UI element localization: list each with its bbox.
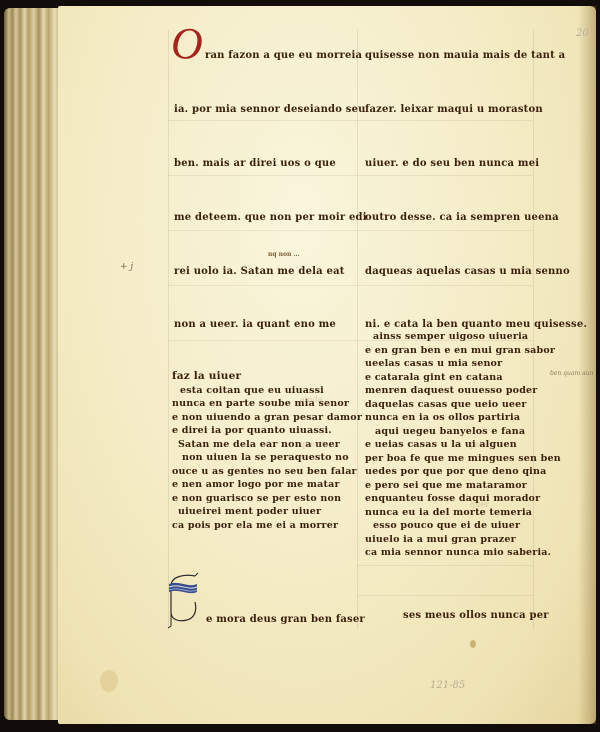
stain [470,640,476,648]
verse-line: uiuelo ia a mui gran prazer [365,533,561,547]
verse-line: enquanteu fosse daqui morador [365,492,561,506]
text-line-final-right: ses meus ollos nunca per [403,610,549,621]
text-line-right-4: outro desse. ca ia sempren ueena [365,212,559,223]
stain [100,670,118,692]
verse-line: ainss semper uigoso uiueria [365,330,561,344]
verse-line: e non uiuendo a gran pesar damor [172,411,362,425]
ruling-line [168,120,533,121]
verse-line: per boa fe que me mingues sen ben [365,452,561,466]
verse-block-right: ainss semper uigoso uiueria e en gran be… [365,330,561,560]
text-line-left-1: ran fazon a que eu morreia [205,50,362,61]
verse-line: e direi ia por quanto uiuassi. [172,424,362,438]
page-edge-shadow [578,6,596,724]
ruling-line [168,230,533,231]
verse-block-left: faz la uiuer esta coitan que eu uiuassi … [172,370,362,532]
verse-line: esso pouco que ei de uiuer [365,519,561,533]
text-line-right-2: fazer. leixar maqui u moraston [365,104,543,115]
text-line-right-1: quisesse non mauia mais de tant a [365,50,565,61]
text-line-final-left: e mora deus gran ben faser [206,614,365,625]
text-line-left-6: non a ueer. ia quant eno me [174,319,336,330]
verse-line: non uiuen la se peraquesto no [172,451,362,465]
ruling-line [168,175,533,176]
verse-line: aqui uegeu banyelos e fana [365,425,561,439]
shelfmark: 121-85 [430,680,465,691]
verse-line: daquelas casas que ueio ueer [365,398,561,412]
decorated-initial-o: O [171,22,203,66]
verse-line: ouce u as gentes no seu ben falar [172,465,362,479]
decorated-initial-s [165,572,201,630]
verse-line: esta coitan que eu uiuassi [172,384,362,398]
text-line-right-6: ni. e cata la ben quanto meu quisesse. [365,319,587,330]
book-page-edges [4,8,64,720]
text-line-left-5: rei uolo ia. Satan me dela eat [174,266,345,277]
verse-line: nunca eu ia del morte temeria [365,506,561,520]
margin-note-left: + j [120,262,133,272]
interlinear-note: nq non ... [268,251,300,258]
verse-line: e en gran ben e en mui gran sabor [365,344,561,358]
verse-line: uiueirei ment poder uiuer [172,505,362,519]
text-line-left-4: me deteem. que non per moir edi [174,212,367,223]
verse-line: ca pois por ela me ei a morrer [172,519,362,533]
bleed-through-text: querra [300,440,327,449]
verse-line: menren daquest ouuesso poder [365,384,561,398]
text-line-left-3: ben. mais ar direi uos o que [174,158,336,169]
bleed-through-text: ainda [300,395,322,404]
verse-line: e ueias casas u la ui alguen [365,438,561,452]
verse-line: e non guarisco se per esto non [172,492,362,506]
ruling-line [168,285,533,286]
verse-line: nunca en parte soube mia senor [172,397,362,411]
ruling-line [357,565,533,566]
verse-line: e nen amor logo por me matar [172,478,362,492]
margin-note-right: ben quam aun [550,370,593,377]
verse-line: uedes por que por que deno qina [365,465,561,479]
text-line-right-3: uiuer. e do seu ben nunca mei [365,158,539,169]
verse-line: Satan me dela ear non a ueer [172,438,362,452]
verse-line: e pero sei que me mataramor [365,479,561,493]
ruling-line [357,595,533,596]
folio-number: 20 [576,28,589,39]
text-line-right-5: daqueas aquelas casas u mia senno [365,266,570,277]
verse-line: faz la uiuer [172,370,362,384]
verse-line: ueelas casas u mia senor [365,357,561,371]
verse-line: ca mia sennor nunca mio saberia. [365,546,561,560]
text-line-left-2: ia. por mia sennor deseiando seu [174,104,366,115]
verse-line: e catarala gint en catana [365,371,561,385]
verse-line: nunca en ia os ollos partiria [365,411,561,425]
